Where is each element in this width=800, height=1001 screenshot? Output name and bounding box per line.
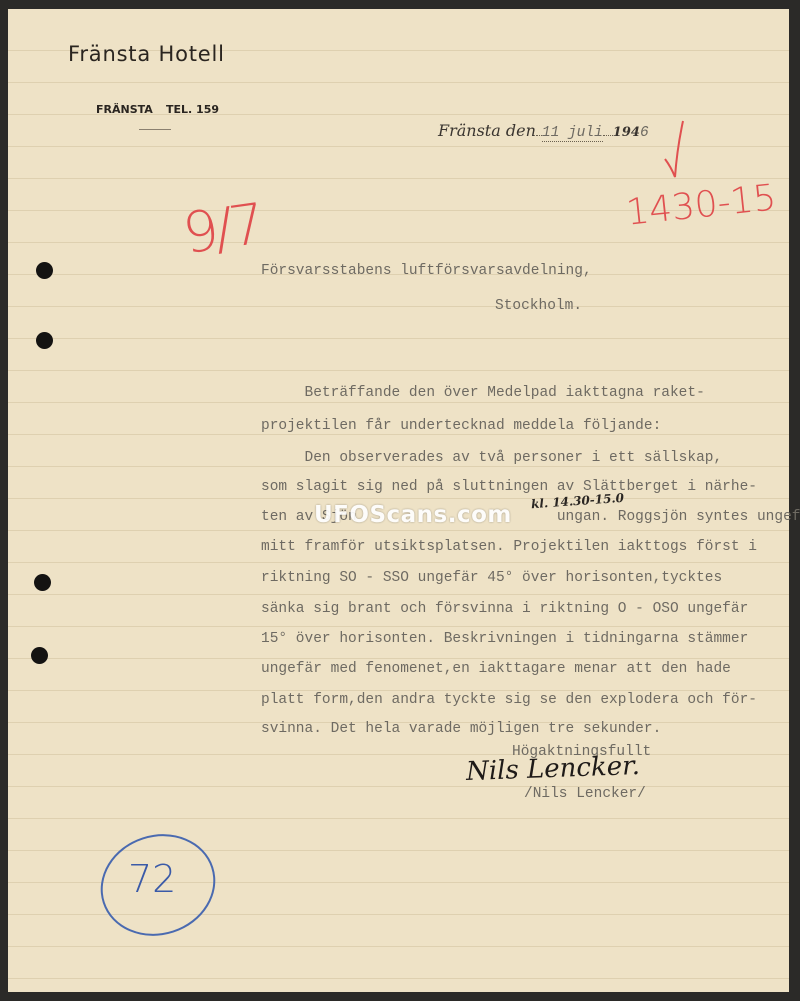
dateline-place: Fränsta den [438,121,536,140]
punch-hole [31,647,48,664]
punch-hole [36,332,53,349]
body-line: som slagit sig ned på sluttningen av Slä… [261,479,757,495]
typed-signatory-name: /Nils Lencker/ [524,786,646,802]
body-line: projektilen får undertecknad meddela föl… [261,418,661,434]
watermark: UFOScans.com [314,502,512,528]
body-line: mitt framför utsiktsplatsen. Projektilen… [261,539,757,555]
body-line: svinna. Det hela varade möjligen tre sek… [261,721,661,737]
body-line: sänka sig brant och försvinna i riktning… [261,601,748,617]
red-time-annotation: 1430-15 [624,177,778,233]
body-line: Beträffande den över Medelpad iakttagna … [261,385,705,401]
letterhead-title: Fränsta Hotell [68,42,225,66]
red-check-mark [661,119,691,194]
recipient-line-1: Försvarsstabens luftförsvarsavdelning, [261,263,592,279]
body-line: ungefär med fenomenet,en iakttagare mena… [261,661,731,677]
body-line: Den observerades av två personer i ett s… [261,450,722,466]
body-line: 15° över horisonten. Beskrivningen i tid… [261,631,748,647]
punch-hole [34,574,51,591]
dateline-year-typed: 6 [640,125,649,141]
document-page: Fränsta Hotell FRÄNSTA TEL. 159 Fränsta … [8,9,789,992]
body-line: platt form,den andra tyckte sig se den e… [261,692,757,708]
dateline: Fränsta den11 juli1946 [438,121,649,142]
blue-circled-number: 72 [128,857,176,901]
dateline-year-printed: 194 [613,125,640,140]
handwritten-signature: Nils Lencker. [466,751,641,787]
letterhead-divider [139,129,171,130]
recipient-line-2: Stockholm. [495,298,582,314]
punch-hole [36,262,53,279]
red-fraction-annotation: 9/7 [179,192,265,267]
letterhead-phone: TEL. 159 [166,103,219,116]
letterhead-town: FRÄNSTA [96,103,153,116]
dateline-date: 11 juli [542,125,603,142]
body-line: riktning SO - SSO ungefär 45° över horis… [261,570,722,586]
